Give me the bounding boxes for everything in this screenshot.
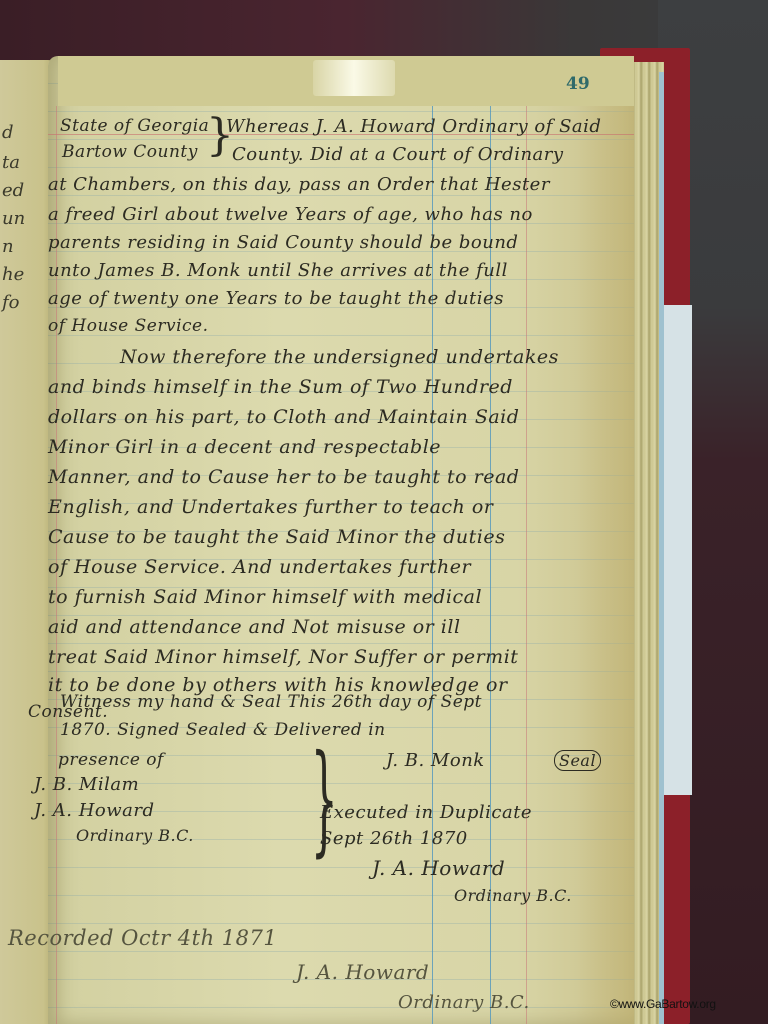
body-line: and binds himself in the Sum of Two Hund…	[48, 376, 513, 398]
body-line: age of twenty one Years to be taught the…	[48, 288, 504, 309]
body-line: aid and attendance and Not misuse or ill	[48, 616, 461, 638]
body-line: Manner, and to Cause her to be taught to…	[48, 466, 519, 488]
body-line: at Chambers, on this day, pass an Order …	[48, 174, 550, 195]
left-page-fragment: he	[2, 264, 24, 285]
header-county: Bartow County	[62, 142, 198, 162]
left-page-fragment: fo	[2, 292, 20, 313]
body-line: Minor Girl in a decent and respectable	[48, 436, 441, 458]
copyright-watermark: ©www.GaBartow.org	[610, 997, 716, 1011]
page-number: 49	[566, 74, 590, 94]
body-line: of House Service.	[48, 316, 209, 336]
header-opening: Whereas J. A. Howard Ordinary of Said	[226, 116, 601, 137]
witness-name: J. B. Milam	[34, 774, 139, 795]
ledger-page: 49 State of Georgia Bartow County } Wher…	[48, 56, 634, 1024]
witness-name: J. A. Howard	[34, 800, 155, 821]
left-page-fragment: ed	[2, 180, 24, 201]
page-edge-blue	[659, 72, 664, 1024]
execution-line: Executed in Duplicate	[320, 802, 532, 823]
left-page-fragment: n	[2, 236, 14, 257]
body-line: of House Service. And undertakes further	[48, 556, 471, 578]
body-line: English, and Undertakes further to teach…	[48, 496, 493, 518]
execution-title: Ordinary B.C.	[454, 886, 572, 905]
recording-signature: J. A. Howard	[296, 960, 429, 984]
header-state: State of Georgia	[60, 116, 209, 136]
body-line: County. Did at a Court of Ordinary	[232, 144, 564, 165]
seal-mark: Seal	[554, 750, 601, 771]
body-line: parents residing in Said County should b…	[48, 232, 518, 253]
body-line: dollars on his part, to Cloth and Mainta…	[48, 406, 519, 428]
body-line: a freed Girl about twelve Years of age, …	[48, 204, 533, 225]
signatory-name: J. B. Monk	[386, 750, 485, 771]
left-page-fragment: un	[2, 208, 25, 229]
execution-date: Sept 26th 1870	[320, 828, 468, 849]
body-line: Now therefore the undersigned undertakes	[120, 346, 559, 368]
recording-line: Recorded Octr 4th 1871	[8, 926, 277, 950]
body-line: treat Said Minor himself, Nor Suffer or …	[48, 646, 518, 668]
witness-title: Ordinary B.C.	[76, 826, 194, 845]
page-aging-tint	[576, 106, 634, 1024]
attestation-line: presence of	[58, 750, 164, 770]
attestation-line: Witness my hand & Seal This 26th day of …	[60, 692, 482, 712]
left-page-fragment: d	[2, 122, 14, 143]
body-line: to furnish Said Minor himself with medic…	[48, 586, 482, 608]
cover-inlay	[664, 305, 692, 795]
recording-title: Ordinary B.C.	[398, 992, 530, 1013]
body-line: unto James B. Monk until She arrives at …	[48, 260, 508, 281]
left-page-fragment: ta	[2, 152, 20, 173]
tape-glare	[313, 60, 395, 96]
execution-signature: J. A. Howard	[372, 856, 505, 880]
body-line: Cause to be taught the Said Minor the du…	[48, 526, 505, 548]
